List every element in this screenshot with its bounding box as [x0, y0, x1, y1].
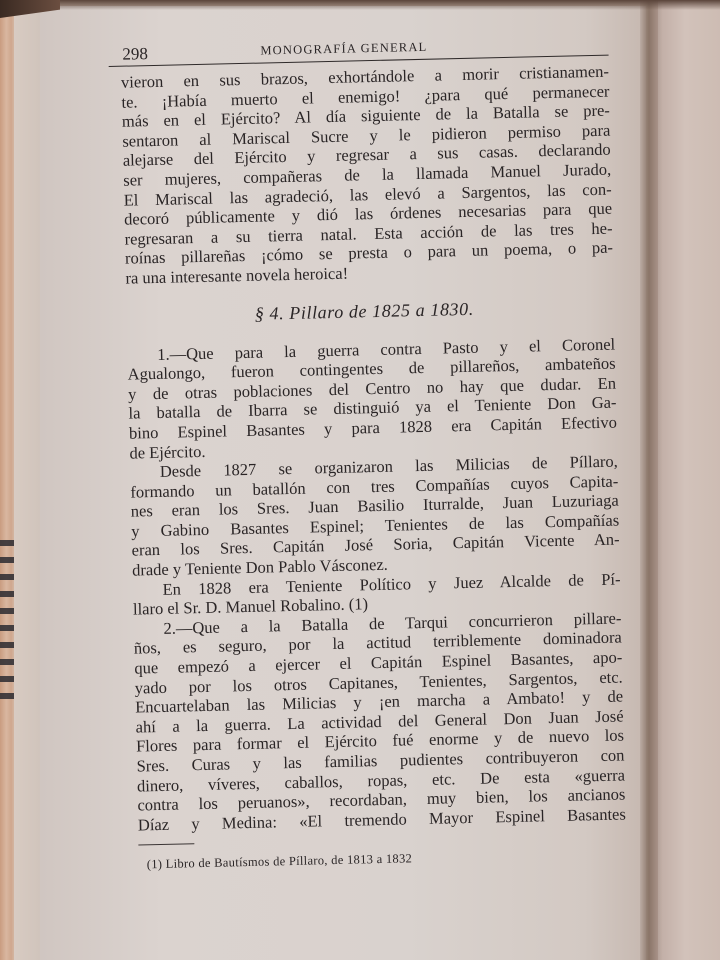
- page-content: 298 Monografía General vieron en sus bra…: [108, 25, 627, 874]
- paragraph-1: 1.—Que para la guerra contra Pasto y el …: [115, 334, 618, 463]
- paragraph-2: Desde 1827 se organizaron las Milicias d…: [118, 452, 621, 581]
- running-head: Monografía General: [260, 40, 427, 59]
- page-number: 298: [122, 44, 148, 65]
- footnote-rule: [138, 844, 194, 846]
- section-heading: § 4. Pillaro de 1825 a 1830.: [114, 295, 614, 327]
- continuation-paragraph: vieron en sus brazos, exhortándole a mor…: [109, 62, 614, 289]
- top-shadow: [0, 0, 720, 10]
- paragraph-4: 2.—Que a la Batalla de Tarqui concurrier…: [121, 608, 626, 835]
- book-gutter: [640, 0, 658, 960]
- facing-page: [650, 0, 720, 960]
- page-stack-marks: [0, 540, 14, 710]
